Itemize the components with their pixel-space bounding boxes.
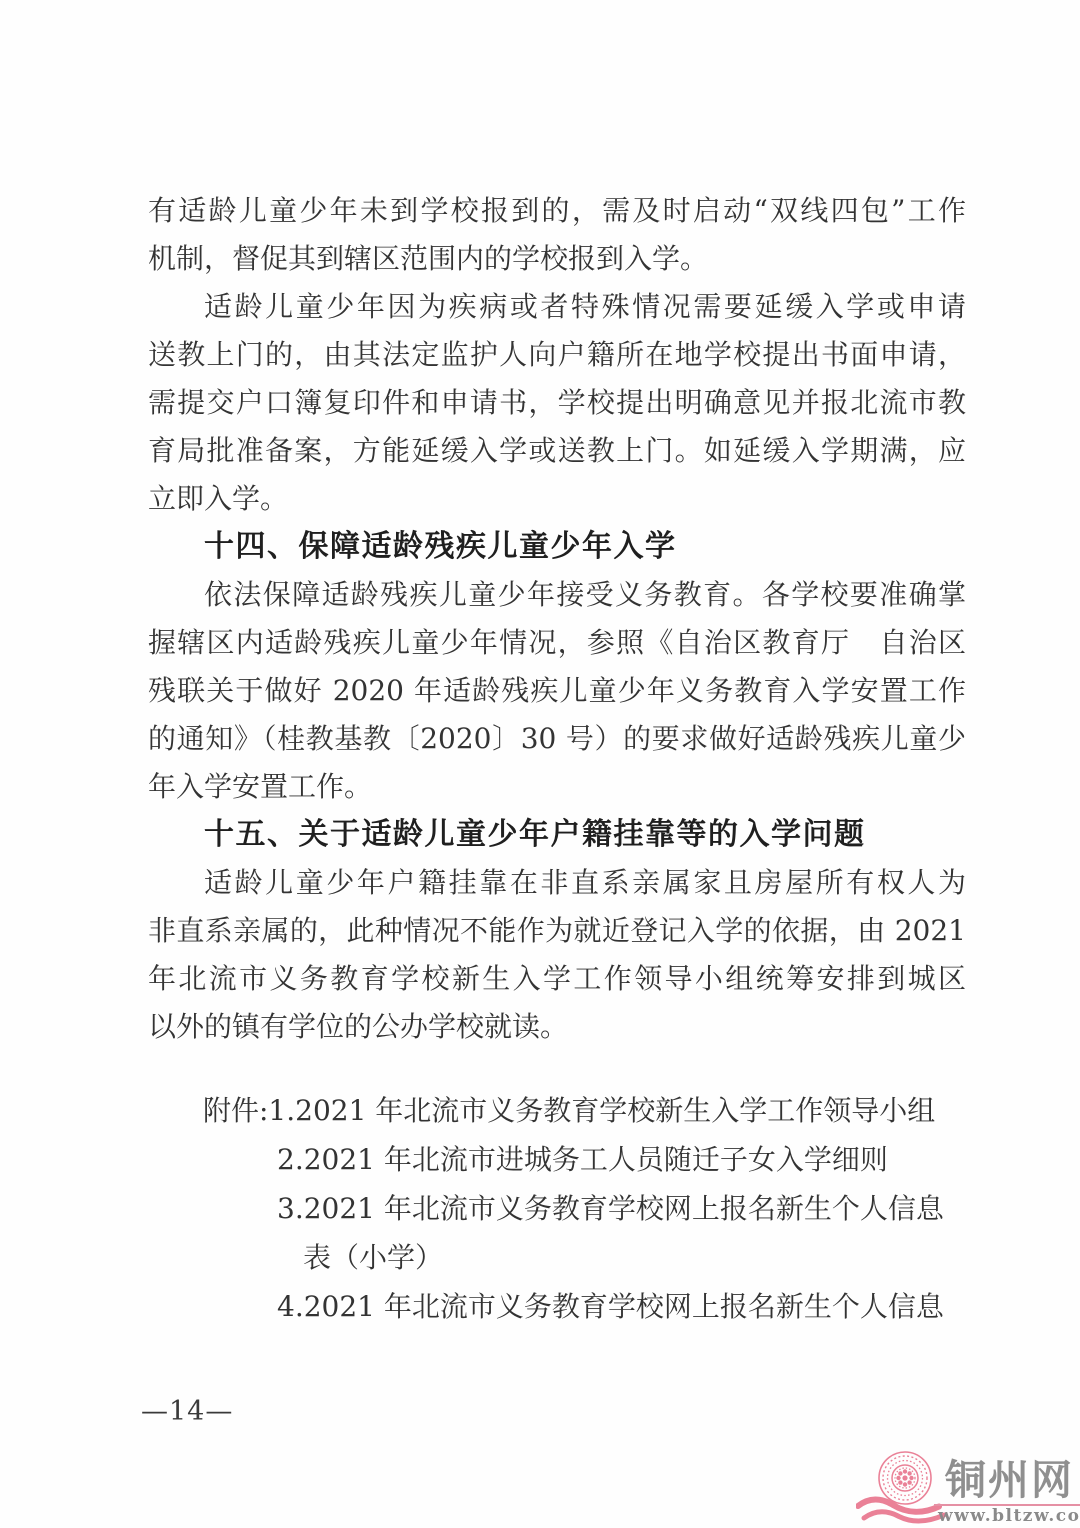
attachments-list: 附件:1.2021 年北流市义务教育学校新生入学工作领导小组 2.2021 年北… — [148, 1086, 978, 1331]
paragraph-line: 有适龄儿童少年未到学校报到的，需及时启动“双线四包”工作 — [148, 187, 966, 235]
paragraph-line: 育局批准备案，方能延缓入学或送教上门。如延缓入学期满，应 — [148, 427, 966, 475]
section-heading-14: 十四、保障适龄残疾儿童少年入学 — [148, 523, 966, 571]
paragraph-line: 送教上门的，由其法定监护人向户籍所在地学校提出书面申请， — [148, 331, 966, 379]
watermark-site-url: www.bltzw.com — [938, 1506, 1080, 1526]
page-number: —14— — [141, 1396, 233, 1427]
attachment-item-continuation: 表（小学） — [148, 1233, 978, 1282]
paragraph-line: 残联关于做好 2020 年适龄残疾儿童少年义务教育入学安置工作 — [148, 667, 966, 715]
paragraph-line: 适龄儿童少年户籍挂靠在非直系亲属家且房屋所有权人为 — [148, 859, 966, 907]
paragraph-line: 非直系亲属的，此种情况不能作为就近登记入学的依据，由 2021 — [148, 907, 966, 955]
paragraph-line: 年北流市义务教育学校新生入学工作领导小组统筹安排到城区 — [148, 955, 966, 1003]
paragraph-line: 年入学安置工作。 — [148, 763, 966, 811]
paragraph-line: 的通知》（桂教基教〔2020〕30 号）的要求做好适龄残疾儿童少 — [148, 715, 966, 763]
watermark-coin-wave-icon — [856, 1450, 948, 1526]
paragraph-line: 握辖区内适龄残疾儿童少年情况，参照《自治区教育厅 自治区 — [148, 619, 966, 667]
attachment-item: 2.2021 年北流市进城务工人员随迁子女入学细则 — [148, 1135, 978, 1184]
attachment-item: 4.2021 年北流市义务教育学校网上报名新生个人信息 — [148, 1282, 978, 1331]
watermark: 铜州网 www.bltzw.com — [856, 1450, 1080, 1528]
paragraph-line: 以外的镇有学位的公办学校就读。 — [148, 1003, 966, 1051]
attachment-item: 3.2021 年北流市义务教育学校网上报名新生个人信息 — [148, 1184, 978, 1233]
paragraph-line: 立即入学。 — [148, 475, 966, 523]
paragraph-line: 机制，督促其到辖区范围内的学校报到入学。 — [148, 235, 966, 283]
section-heading-15: 十五、关于适龄儿童少年户籍挂靠等的入学问题 — [148, 811, 966, 859]
paragraph-line: 依法保障适龄残疾儿童少年接受义务教育。各学校要准确掌 — [148, 571, 966, 619]
attachment-item: 附件:1.2021 年北流市义务教育学校新生入学工作领导小组 — [148, 1086, 978, 1135]
document-body: 有适龄儿童少年未到学校报到的，需及时启动“双线四包”工作 机制，督促其到辖区范围… — [148, 187, 966, 1051]
watermark-site-name: 铜州网 — [945, 1458, 1074, 1502]
document-page: 有适龄儿童少年未到学校报到的，需及时启动“双线四包”工作 机制，督促其到辖区范围… — [0, 0, 1080, 1528]
paragraph-line: 适龄儿童少年因为疾病或者特殊情况需要延缓入学或申请 — [148, 283, 966, 331]
paragraph-line: 需提交户口簿复印件和申请书，学校提出明确意见并报北流市教 — [148, 379, 966, 427]
